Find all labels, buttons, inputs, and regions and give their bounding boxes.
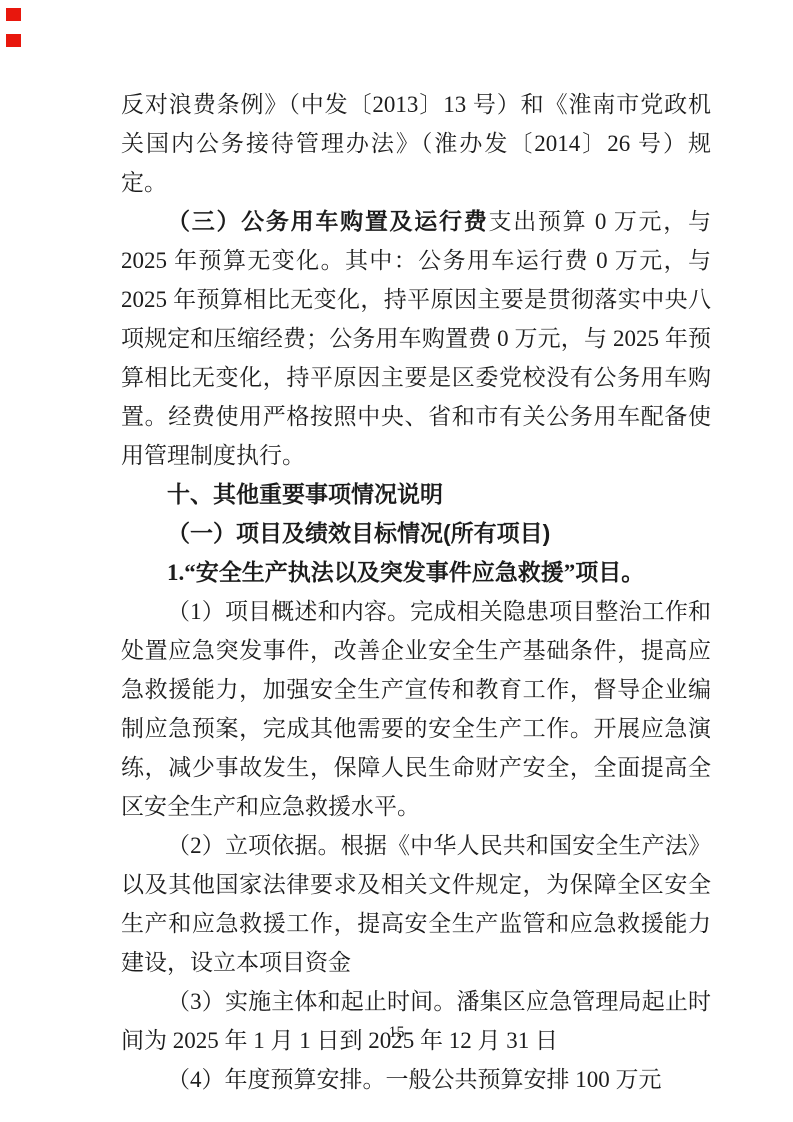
- red-annotation-mark-top: [6, 8, 21, 21]
- paragraph-official-vehicle-text: 支出预算 0 万元，与 2025 年预算无变化。其中：公务用车运行费 0 万元，…: [121, 209, 711, 468]
- paragraph-1-project-overview: （1）项目概述和内容。完成相关隐患项目整治工作和处置应急突发事件，改善企业安全生…: [121, 592, 711, 826]
- paragraph-4-annual-budget: （4）年度预算安排。一般公共预算安排 100 万元: [121, 1060, 711, 1099]
- red-annotation-mark-bottom: [6, 34, 21, 47]
- paragraph-3-implementation-period: （3）实施主体和起止时间。潘集区应急管理局起止时间为 2025 年 1 月 1 …: [121, 982, 711, 1060]
- subsection-heading-one-project-performance: （一）项目及绩效目标情况(所有项目): [121, 514, 711, 553]
- paragraph-official-vehicle-bold-lead: （三）公务用车购置及运行费: [167, 209, 488, 234]
- page-number: 15: [0, 1022, 793, 1044]
- document-body: 反对浪费条例》（中发〔2013〕13 号）和《淮南市党政机关国内公务接待管理办法…: [121, 85, 711, 1099]
- section-heading-ten-other-important-matters: 十、其他重要事项情况说明: [121, 475, 711, 514]
- document-page: 反对浪费条例》（中发〔2013〕13 号）和《淮南市党政机关国内公务接待管理办法…: [0, 0, 793, 1122]
- project-heading-safety-production: 1.“安全生产执法以及突发事件应急救援”项目。: [121, 553, 711, 592]
- paragraph-regulation-continuation: 反对浪费条例》（中发〔2013〕13 号）和《淮南市党政机关国内公务接待管理办法…: [121, 85, 711, 202]
- paragraph-official-vehicle: （三）公务用车购置及运行费支出预算 0 万元，与 2025 年预算无变化。其中：…: [121, 202, 711, 475]
- paragraph-2-project-basis: （2）立项依据。根据《中华人民共和国安全生产法》以及其他国家法律要求及相关文件规…: [121, 826, 711, 982]
